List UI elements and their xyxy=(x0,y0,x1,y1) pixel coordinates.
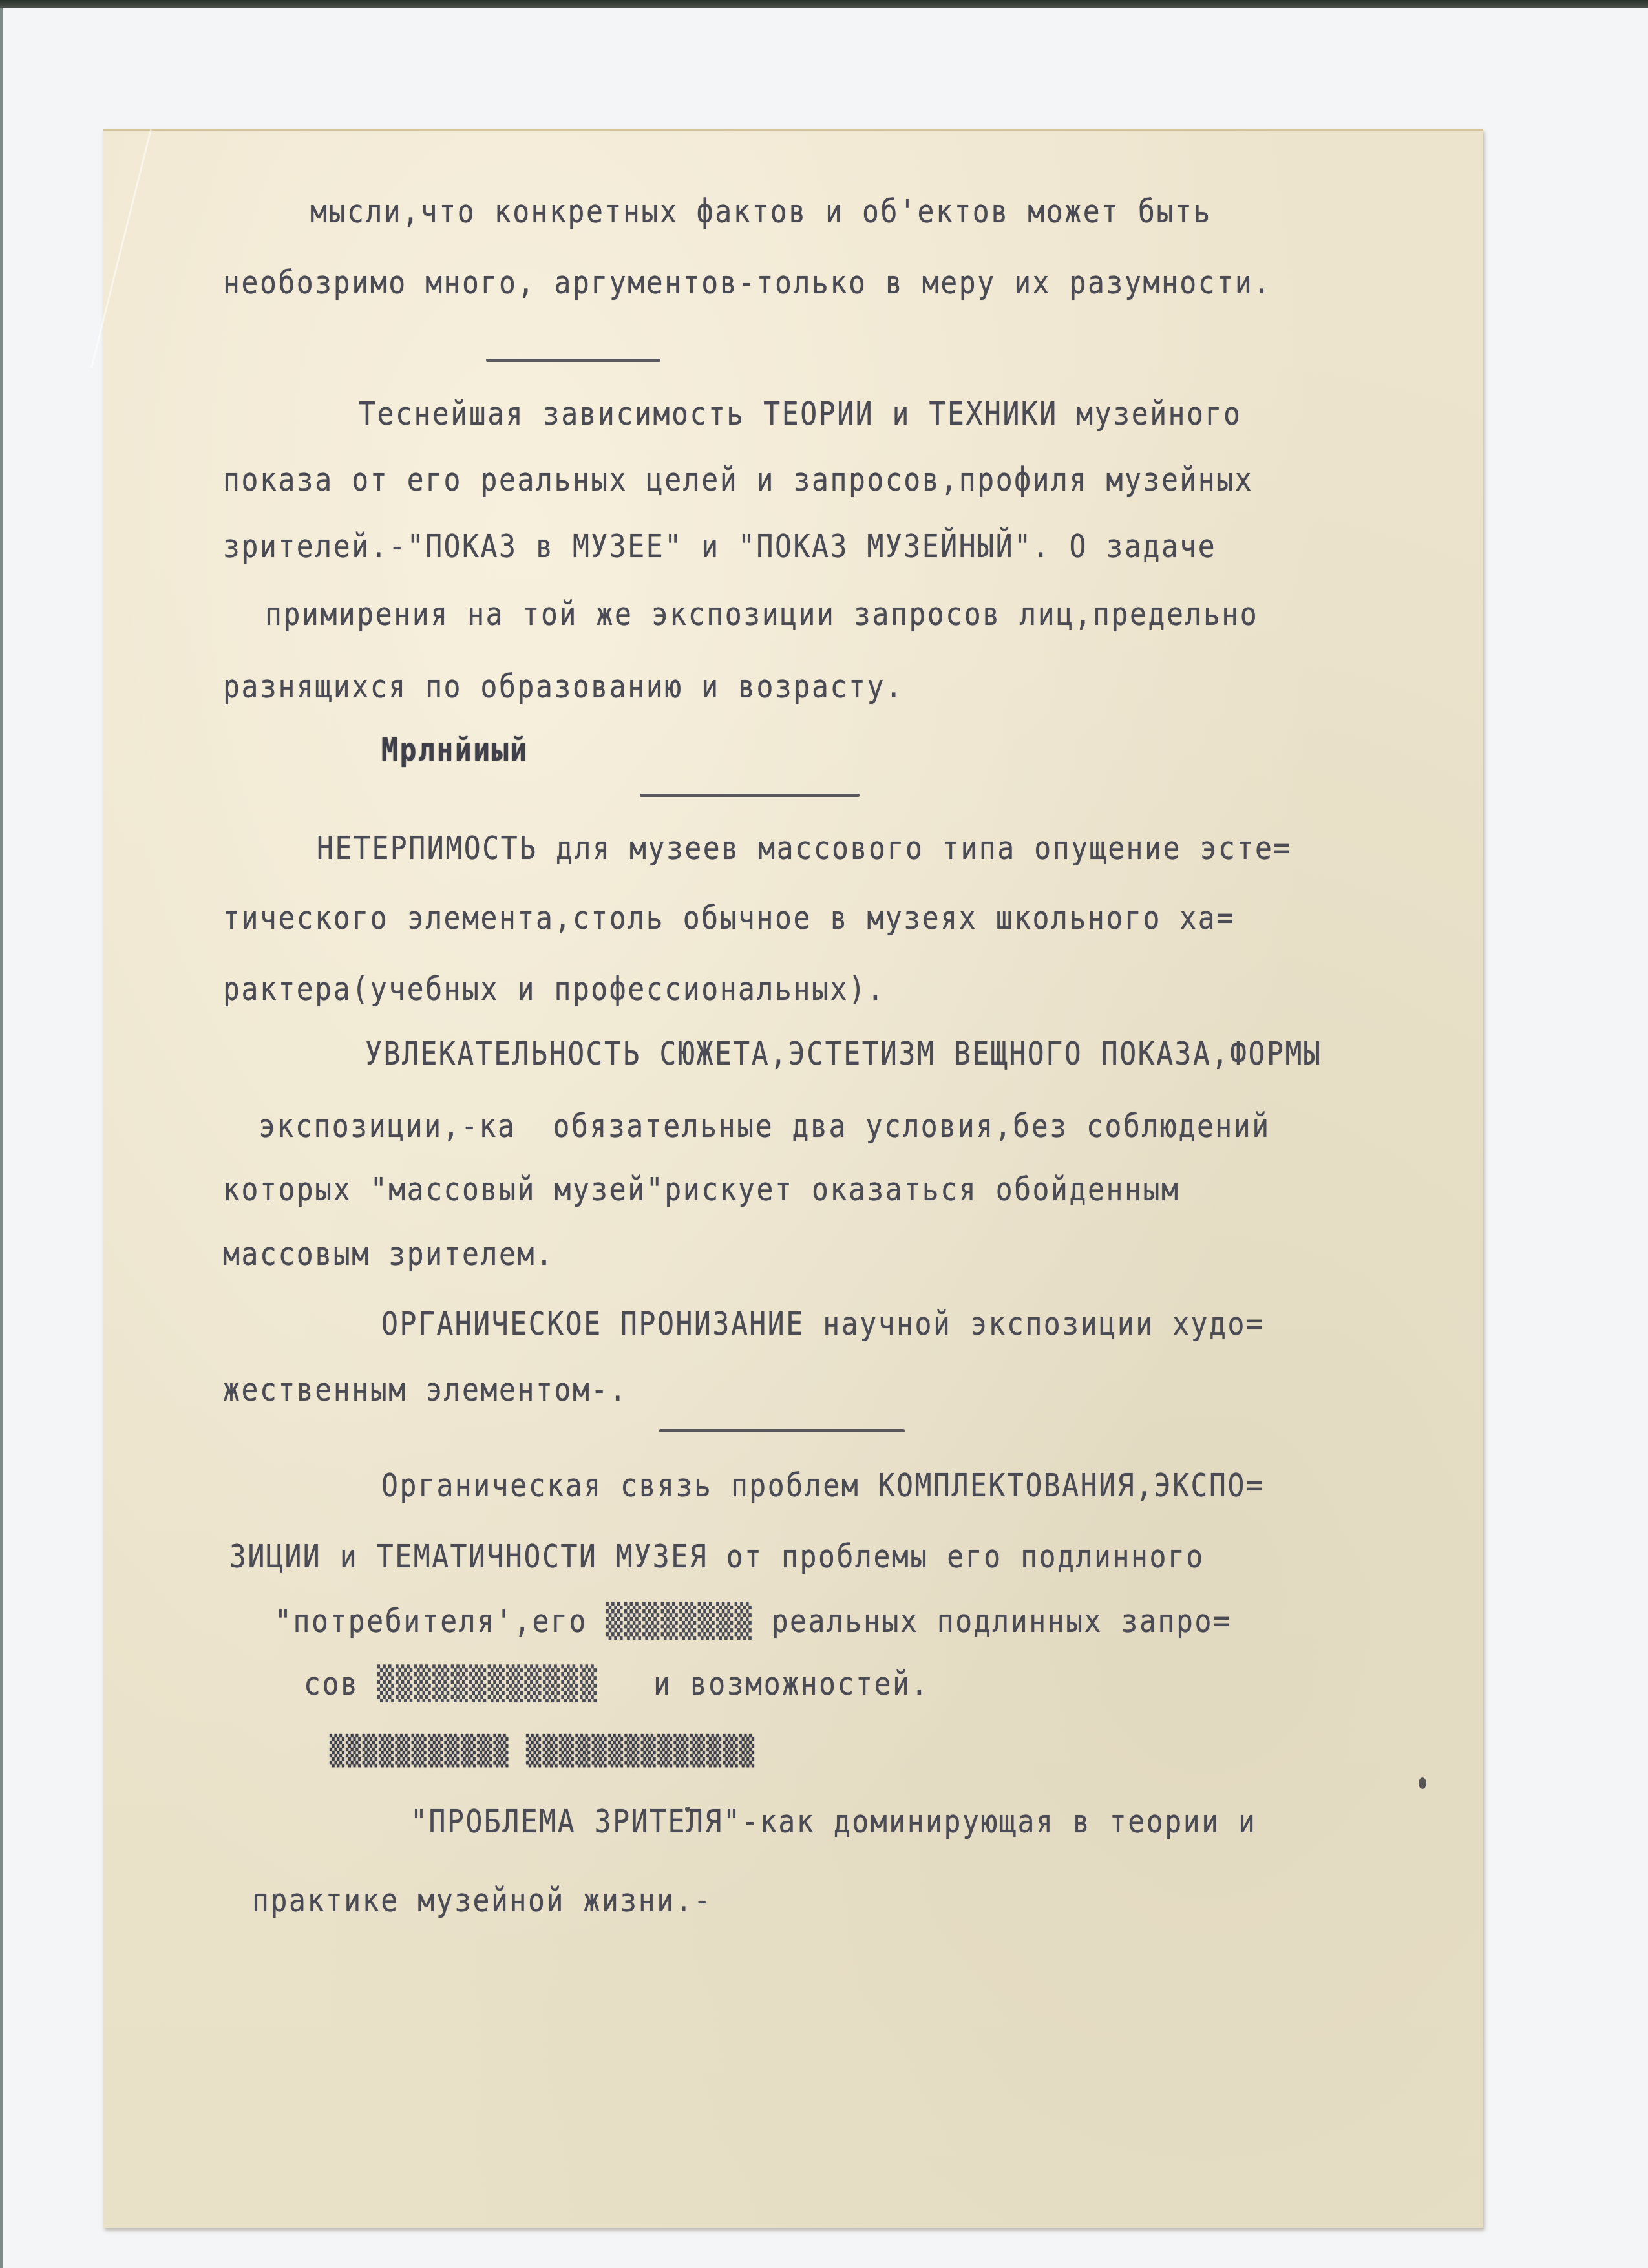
separator-rule xyxy=(659,1429,905,1432)
ink-spot xyxy=(685,1807,690,1812)
overtyped-word: Мрлнйиый xyxy=(381,730,529,769)
separator-rule xyxy=(486,359,660,362)
text-line: массовым зрителем. xyxy=(223,1235,554,1273)
text-line: сов ▒▒▒▒▒▒▒▒▒▒▒▒ и возможностей. xyxy=(304,1664,929,1703)
text-line: необозримо много, аргументов-только в ме… xyxy=(223,263,1272,302)
scanner-frame-top xyxy=(0,0,1648,8)
text-line: мысли,что конкретных фактов и об'ектов м… xyxy=(310,192,1212,231)
overtyped-line: ▒▒▒▒▒▒▒▒▒▒▒ ▒▒▒▒▒▒▒▒▒▒▒▒▒▒ xyxy=(330,1732,755,1771)
text-line: которых "массовый музей"рискует оказатьс… xyxy=(223,1170,1179,1209)
text-line: "потребителя',его ▒▒▒▒▒▒▒▒ реальных подл… xyxy=(275,1602,1231,1640)
text-line: "ПРОБЛЕМА ЗРИТЕЛЯ"-как доминирующая в те… xyxy=(410,1802,1257,1841)
text-line: ЗИЦИИ и ТЕМАТИЧНОСТИ МУЗЕЯ от проблемы е… xyxy=(229,1537,1205,1576)
ink-spot xyxy=(1419,1777,1426,1789)
text-line: примирения на той же экспозиции запросов… xyxy=(265,595,1258,633)
text-line: разнящихся по образованию и возрасту. xyxy=(223,667,903,706)
text-line: экспозиции,-ка обязательные два условия,… xyxy=(259,1107,1271,1145)
text-line: УВЛЕКАТЕЛЬНОСТЬ СЮЖЕТА,ЭСТЕТИЗМ ВЕЩНОГО … xyxy=(365,1034,1322,1073)
text-line: рактера(учебных и профессиональных). xyxy=(223,970,885,1008)
text-line: НЕТЕРПИМОСТЬ для музеев массового типа о… xyxy=(317,829,1292,867)
text-line: показа от его реальных целей и запросов,… xyxy=(223,460,1253,499)
text-line: ОРГАНИЧЕСКОЕ ПРОНИЗАНИЕ научной экспозиц… xyxy=(381,1304,1264,1343)
text-line: Органическая связь проблем КОМПЛЕКТОВАНИ… xyxy=(381,1466,1264,1505)
text-line: тического элемента,столь обычное в музея… xyxy=(223,898,1235,937)
text-line: жественным элементом-. xyxy=(223,1370,628,1409)
scanner-frame-left xyxy=(0,8,3,2268)
text-line: Теснейшая зависимость ТЕОРИИ и ТЕХНИКИ м… xyxy=(359,394,1241,433)
text-line: зрителей.-"ПОКАЗ в МУЗЕЕ" и "ПОКАЗ МУЗЕЙ… xyxy=(223,527,1216,566)
text-line: практике музейной жизни.- xyxy=(252,1881,712,1920)
separator-rule xyxy=(640,794,860,797)
